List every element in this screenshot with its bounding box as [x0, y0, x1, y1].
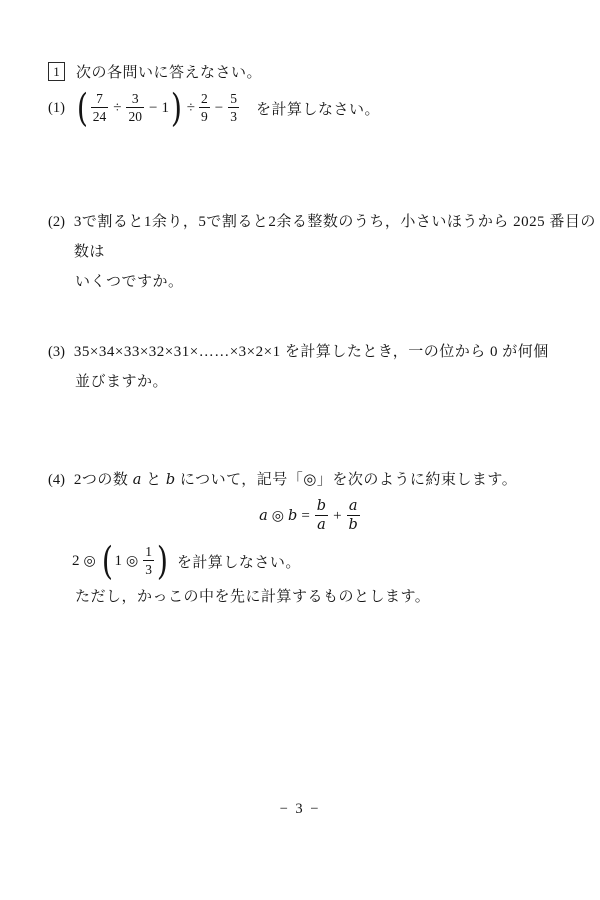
problem-4-note: ただし，かっこの中を先に計算するものとします。 — [75, 585, 558, 609]
problem-4-expression: 2 ◎ ( 1 ◎ 1 3 ) を計算しなさい。 — [72, 541, 558, 581]
fraction-2-9: 2 9 — [198, 91, 211, 124]
intro-post: について，記号「◎」を次のように約束します。 — [176, 472, 518, 488]
fraction-1-3: 1 3 — [142, 544, 155, 577]
definition-formula: a ◎ b = b a + a b — [48, 496, 558, 536]
problem-3-text-line2: 並びますか。 — [48, 367, 549, 397]
intro-pre: 2つの数 — [74, 472, 133, 488]
bullseye-operator: ◎ — [84, 553, 96, 570]
fraction-denominator: 3 — [228, 107, 239, 125]
page-number: − 3 − — [0, 801, 600, 818]
problem-2-text-line2: いくつですか。 — [48, 267, 600, 297]
divide-operator: ÷ — [187, 100, 195, 117]
problem-3: (3) 35×34×33×32×31×……×3×2×1 を計算したとき，一の位か… — [48, 337, 549, 397]
minus-operator: − — [215, 100, 223, 117]
bullseye-operator: ◎ — [126, 553, 138, 570]
divide-operator: ÷ — [113, 100, 121, 117]
fraction-numerator: 1 — [143, 544, 154, 560]
fraction-numerator: 5 — [228, 91, 239, 107]
variable-a: a — [133, 472, 142, 488]
problem-1-instruction: を計算しなさい。 — [256, 98, 380, 119]
problem-1: (1) ( 7 24 ÷ 3 20 − 1 ) ÷ 2 9 − 5 3 を計算し… — [48, 86, 380, 130]
fraction-a-b: a b — [346, 498, 361, 533]
open-paren: ( — [102, 544, 113, 578]
problem-3-text-line1: 35×34×33×32×31×……×3×2×1 を計算したとき，一の位から 0 … — [74, 337, 549, 367]
fraction-numerator: 7 — [94, 91, 105, 107]
fraction-denominator: b — [347, 515, 360, 534]
intro-text: 2つの数 a と b について，記号「◎」を次のように約束します。 — [74, 468, 517, 489]
fraction-denominator: 20 — [126, 107, 144, 125]
minus-operator: − — [149, 100, 157, 117]
problem-1-label: (1) — [48, 100, 65, 117]
section-header: 1 次の各問いに答えなさい。 — [48, 61, 262, 82]
number-two: 2 — [72, 553, 80, 570]
problem-2-label: (2) — [48, 207, 65, 267]
variable-b: b — [288, 508, 297, 524]
number-one: 1 — [161, 100, 169, 117]
close-paren: ) — [171, 91, 182, 125]
fraction-b-a: b a — [314, 498, 329, 533]
variable-b: b — [166, 472, 176, 488]
number-one: 1 — [115, 553, 123, 570]
fraction-denominator: 24 — [91, 107, 109, 125]
fraction-numerator: b — [315, 498, 328, 515]
plus-operator: + — [333, 508, 341, 525]
bullseye-operator: ◎ — [272, 508, 284, 525]
problem-2-text-line1: 3で割ると1余り，5で割ると2余る整数のうち，小さいほうから 2025 番目の数… — [74, 207, 600, 267]
intro-mid: と — [142, 472, 166, 488]
fraction-numerator: a — [347, 498, 360, 515]
fraction-3-20: 3 20 — [125, 91, 145, 124]
fraction-5-3: 5 3 — [227, 91, 240, 124]
fraction-numerator: 3 — [130, 91, 141, 107]
problem-4-instruction: を計算しなさい。 — [177, 551, 301, 572]
fraction-denominator: 9 — [199, 107, 210, 125]
fraction-numerator: 2 — [199, 91, 210, 107]
fraction-7-24: 7 24 — [90, 91, 110, 124]
problem-4: (4) 2つの数 a と b について，記号「◎」を次のように約束します。 a … — [48, 468, 558, 609]
equals-sign: = — [301, 508, 309, 525]
fraction-denominator: 3 — [143, 560, 154, 578]
fraction-denominator: a — [315, 515, 328, 534]
open-paren: ( — [77, 91, 88, 125]
exam-page: 1 次の各問いに答えなさい。 (1) ( 7 24 ÷ 3 20 − 1 ) ÷… — [0, 0, 600, 900]
variable-a: a — [259, 508, 268, 524]
problem-3-label: (3) — [48, 337, 65, 367]
section-title: 次の各問いに答えなさい。 — [76, 61, 262, 82]
problem-4-intro: (4) 2つの数 a と b について，記号「◎」を次のように約束します。 — [48, 468, 558, 489]
section-number-box: 1 — [48, 62, 65, 81]
close-paren: ) — [157, 544, 168, 578]
problem-4-label: (4) — [48, 472, 65, 489]
problem-2: (2) 3で割ると1余り，5で割ると2余る整数のうち，小さいほうから 2025 … — [48, 207, 600, 297]
